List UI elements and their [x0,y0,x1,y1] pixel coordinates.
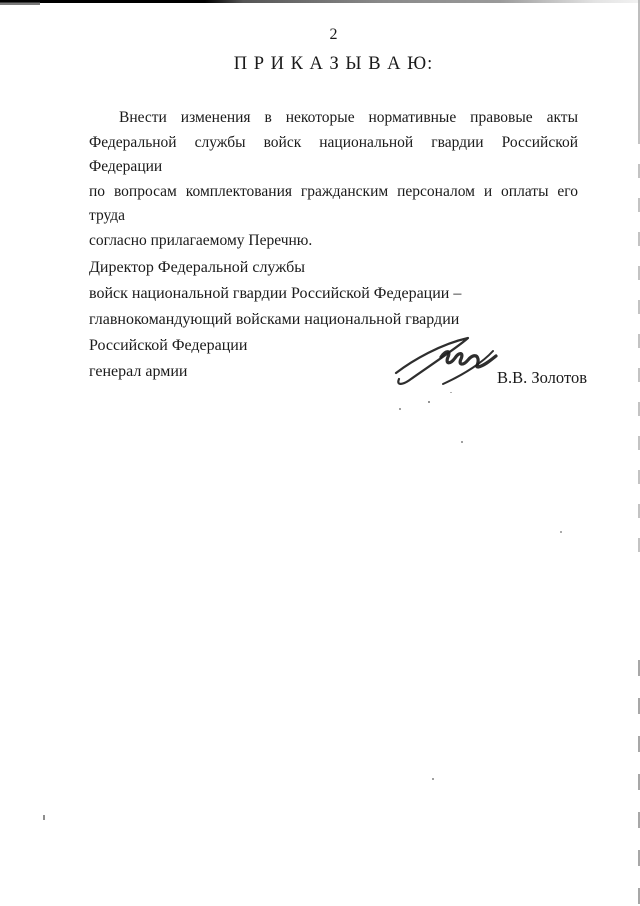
page-number: 2 [89,26,578,44]
scan-noise-speck [43,815,45,820]
signer-title-line: Директор Федеральной службы [89,255,519,281]
scan-noise-speck [450,392,452,393]
scan-noise-speck [461,441,463,443]
scan-noise-speck [428,401,430,403]
document-page: 2 П Р И К А З Ы В А Ю: Внести изменения … [0,0,640,906]
scan-artifact-top-edge [0,0,640,3]
paragraph-line: Внести изменения в некоторые нормативные… [89,106,578,131]
scan-noise-speck [560,531,562,533]
paragraph-line: Федеральной службы войск национальной гв… [89,131,578,180]
scan-noise-speck [432,778,434,780]
paragraph-line: согласно прилагаемому Перечню. [89,229,578,254]
signer-title-line: войск национальной гвардии Российской Фе… [89,281,519,307]
scan-noise-speck [399,408,401,410]
paragraph-line: по вопросам комплектования гражданским п… [89,180,578,229]
order-heading: П Р И К А З Ы В А Ю: [89,54,578,75]
order-body-paragraph: Внести изменения в некоторые нормативные… [89,106,578,254]
handwritten-signature-icon [383,327,505,391]
signer-name: В.В. Золотов [497,368,587,388]
